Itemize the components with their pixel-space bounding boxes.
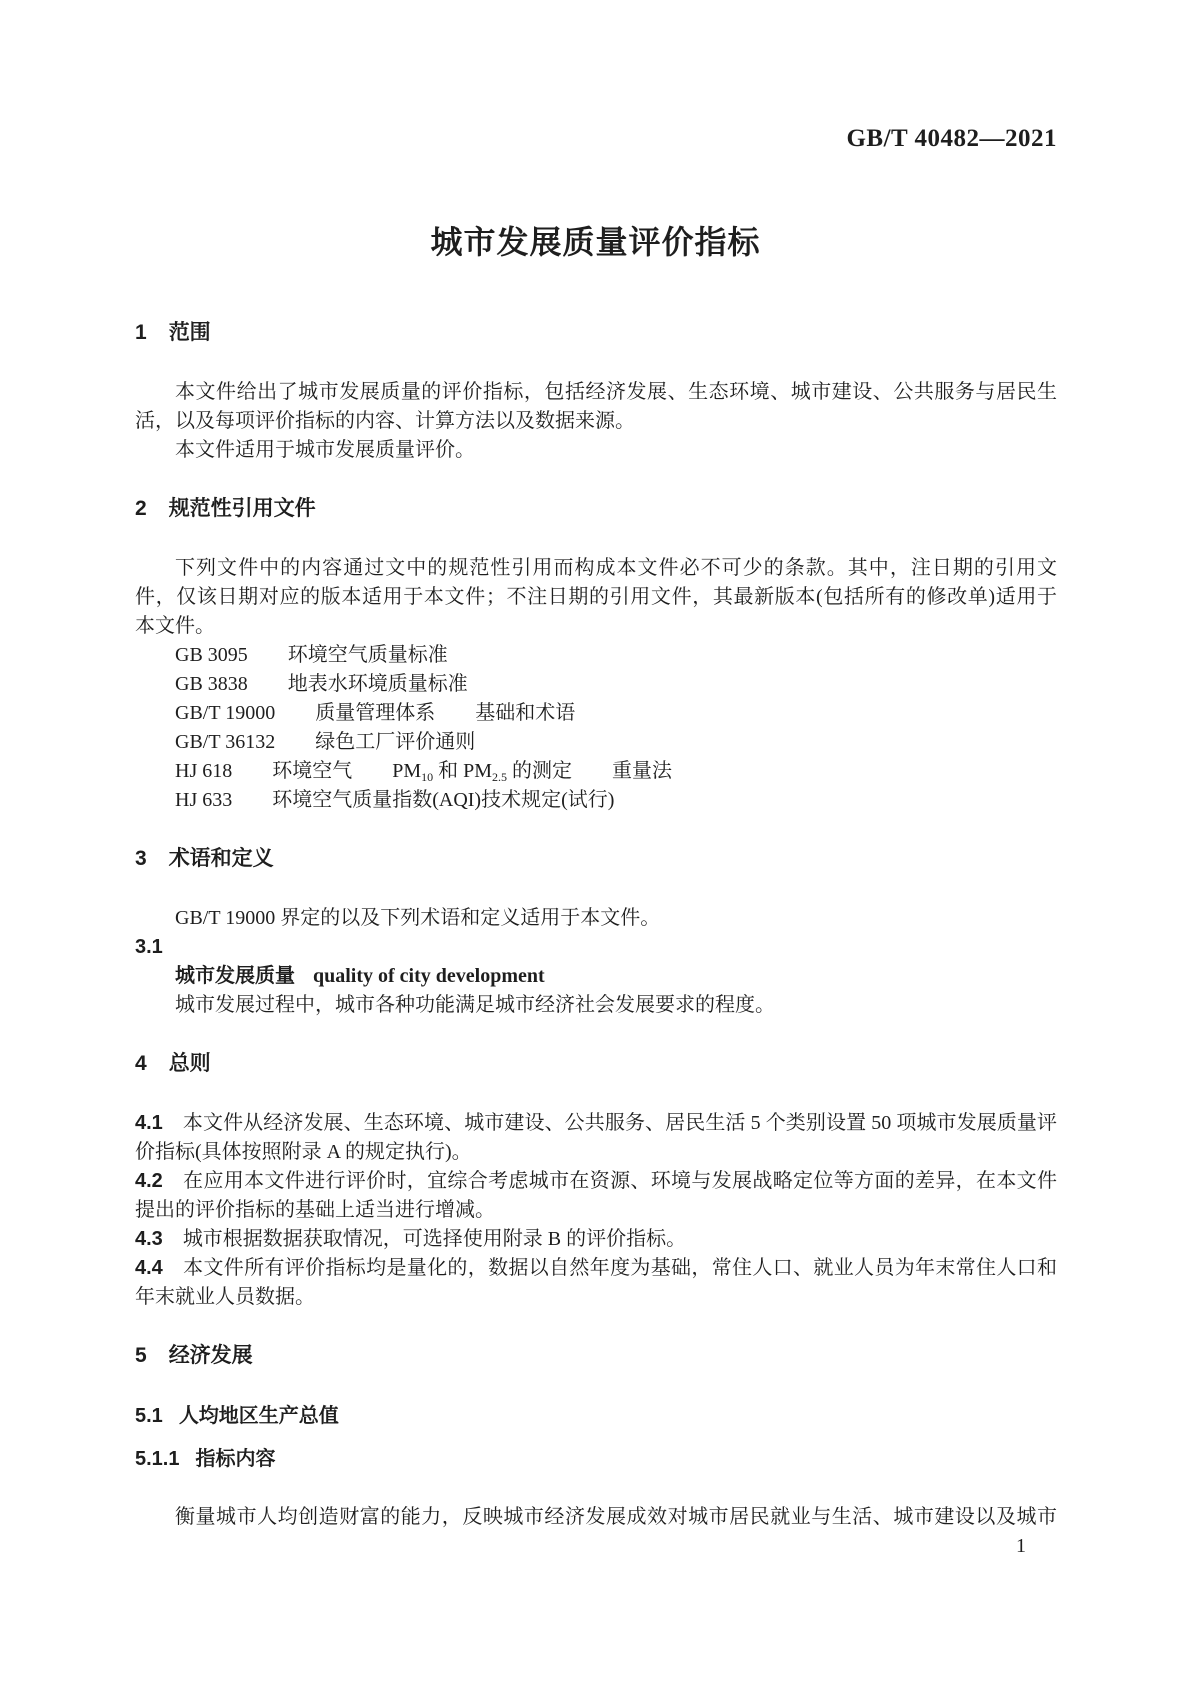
clause-4-1-text: 本文件从经济发展、生态环境、城市建设、公共服务、居民生活 5 个类别设置 50 … bbox=[183, 1112, 1057, 1134]
term-zh: 城市发展质量 bbox=[175, 965, 295, 987]
section-1-title: 范围 bbox=[169, 321, 211, 344]
doc-code: GB/T 40482—2021 bbox=[846, 124, 1057, 154]
pm25-subscript: 2.5 bbox=[492, 770, 507, 784]
section-5-number: 5 bbox=[135, 1341, 147, 1370]
clause-4-1-number: 4.1 bbox=[135, 1112, 163, 1134]
s5-paragraph-line: 衡量城市人均创造财富的能力，反映城市经济发展成效对城市居民就业与生活、城市建设以… bbox=[135, 1503, 1057, 1532]
clause-4-4-line: 年末就业人员数据。 bbox=[135, 1283, 1057, 1312]
section-5-1-1-number: 5.1.1 bbox=[135, 1445, 179, 1474]
clause-4-3-number: 4.3 bbox=[135, 1228, 163, 1250]
clause-4-3-text: 城市根据数据获取情况，可选择使用附录 B 的评价指标。 bbox=[183, 1228, 686, 1250]
section-4-number: 4 bbox=[135, 1049, 147, 1078]
section-4-heading: 4总则 bbox=[135, 1049, 1057, 1078]
clause-4-2-line: 4.2在应用本文件进行评价时，宜综合考虑城市在资源、环境与发展战略定位等方面的差… bbox=[135, 1167, 1057, 1196]
document-page: GB/T 40482—2021 城市发展质量评价指标 1范围 本文件给出了城市发… bbox=[0, 0, 1191, 1684]
section-2-heading: 2规范性引用文件 bbox=[135, 494, 1057, 523]
section-5-1-1-heading: 5.1.1指标内容 bbox=[135, 1445, 1057, 1474]
clause-4-4-number: 4.4 bbox=[135, 1257, 163, 1279]
reference-item: GB/T 19000 质量管理体系 基础和术语 bbox=[135, 699, 1057, 728]
clause-4-1-line: 价指标(具体按照附录 A 的规定执行)。 bbox=[135, 1138, 1057, 1167]
reference-item: HJ 618 环境空气 PM10 和 PM2.5 的测定 重量法 bbox=[135, 757, 1057, 786]
clause-4-3-line: 4.3城市根据数据获取情况，可选择使用附录 B 的评价指标。 bbox=[135, 1225, 1057, 1254]
section-5-heading: 5经济发展 bbox=[135, 1341, 1057, 1370]
clause-4-2-line: 提出的评价指标的基础上适当进行增减。 bbox=[135, 1196, 1057, 1225]
section-3-title: 术语和定义 bbox=[169, 847, 274, 870]
reference-item: HJ 633 环境空气质量指数(AQI)技术规定(试行) bbox=[135, 786, 1057, 815]
s3-paragraph-line: GB/T 19000 界定的以及下列术语和定义适用于本文件。 bbox=[135, 904, 1057, 933]
section-2-number: 2 bbox=[135, 494, 147, 523]
section-3-heading: 3术语和定义 bbox=[135, 844, 1057, 873]
section-3-number: 3 bbox=[135, 844, 147, 873]
section-5-1-1-title: 指标内容 bbox=[195, 1448, 275, 1470]
document-content: 1范围 本文件给出了城市发展质量的评价指标，包括经济发展、生态环境、城市建设、公… bbox=[135, 318, 1057, 1532]
section-4-title: 总则 bbox=[169, 1052, 211, 1075]
s1-paragraph-line: 本文件给出了城市发展质量的评价指标，包括经济发展、生态环境、城市建设、公共服务与… bbox=[135, 378, 1057, 407]
reference-text: 的测定 重量法 bbox=[507, 760, 672, 782]
clause-4-2-text: 在应用本文件进行评价时，宜综合考虑城市在资源、环境与发展战略定位等方面的差异，在… bbox=[183, 1170, 1057, 1192]
s2-paragraph-line: 下列文件中的内容通过文中的规范性引用而构成本文件必不可少的条款。其中，注日期的引… bbox=[135, 554, 1057, 583]
section-2-title: 规范性引用文件 bbox=[169, 497, 316, 520]
term-definition: 城市发展过程中，城市各种功能满足城市经济社会发展要求的程度。 bbox=[135, 991, 1057, 1020]
reference-text: HJ 618 环境空气 PM bbox=[175, 760, 421, 782]
clause-4-4-line: 4.4本文件所有评价指标均是量化的，数据以自然年度为基础，常住人口、就业人员为年… bbox=[135, 1254, 1057, 1283]
section-1-heading: 1范围 bbox=[135, 318, 1057, 347]
section-5-1-number: 5.1 bbox=[135, 1402, 163, 1431]
page-title: 城市发展质量评价指标 bbox=[0, 224, 1191, 260]
page-number: 1 bbox=[1016, 1534, 1026, 1558]
clause-4-1-line: 4.1本文件从经济发展、生态环境、城市建设、公共服务、居民生活 5 个类别设置 … bbox=[135, 1109, 1057, 1138]
term-en: quality of city development bbox=[313, 965, 545, 987]
s1-paragraph-line: 本文件适用于城市发展质量评价。 bbox=[135, 436, 1057, 465]
term-entry-number: 3.1 bbox=[135, 933, 1057, 962]
reference-text: 和 PM bbox=[433, 760, 492, 782]
section-5-title: 经济发展 bbox=[169, 1344, 253, 1367]
reference-item: GB 3095 环境空气质量标准 bbox=[135, 641, 1057, 670]
reference-item: GB 3838 地表水环境质量标准 bbox=[135, 670, 1057, 699]
section-1-number: 1 bbox=[135, 318, 147, 347]
pm10-subscript: 10 bbox=[421, 770, 433, 784]
section-5-1-title: 人均地区生产总值 bbox=[179, 1405, 339, 1427]
clause-4-2-number: 4.2 bbox=[135, 1170, 163, 1192]
clause-4-4-text: 本文件所有评价指标均是量化的，数据以自然年度为基础，常住人口、就业人员为年末常住… bbox=[183, 1257, 1057, 1279]
term-number-text: 3.1 bbox=[135, 936, 163, 958]
s2-paragraph-line: 本文件。 bbox=[135, 612, 1057, 641]
s1-paragraph-line: 活，以及每项评价指标的内容、计算方法以及数据来源。 bbox=[135, 407, 1057, 436]
s2-paragraph-line: 件，仅该日期对应的版本适用于本文件；不注日期的引用文件，其最新版本(包括所有的修… bbox=[135, 583, 1057, 612]
term-entry: 城市发展质量quality of city development bbox=[135, 962, 1057, 991]
section-5-1-heading: 5.1人均地区生产总值 bbox=[135, 1402, 1057, 1431]
reference-item: GB/T 36132 绿色工厂评价通则 bbox=[135, 728, 1057, 757]
